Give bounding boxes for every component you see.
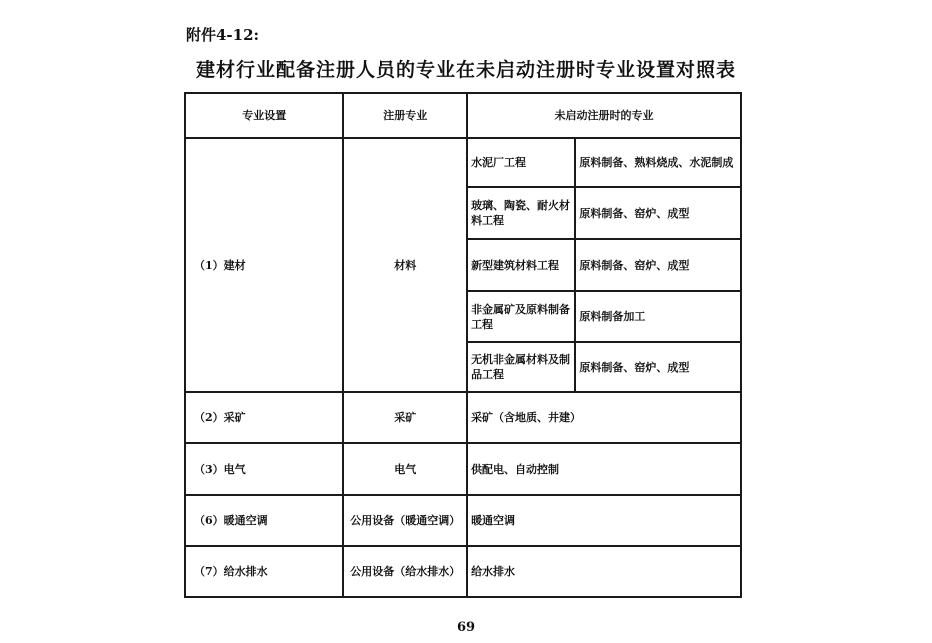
attachment-label: 附件4-12: [186,24,259,45]
document-title: 建材行业配备注册人员的专业在未启动注册时专业设置对照表 [0,55,932,82]
detail-cell: 原料制备、熟料烧成、水泥制成 [575,138,741,187]
setting-cell: （3）电气 [185,443,343,495]
unlaunched-cell: 暖通空调 [467,495,741,546]
detail-cell: 原料制备、窑炉、成型 [575,342,741,392]
registered-cell: 公用设备（暖通空调） [343,495,467,546]
header-cell: 注册专业 [343,93,467,138]
registered-cell: 公用设备（给水排水） [343,546,467,597]
subspecialty-cell: 新型建筑材料工程 [467,239,575,291]
unlaunched-cell: 给水排水 [467,546,741,597]
comparison-table: 专业设置 注册专业 未启动注册时的专业 （1）建材 材料 水泥厂工程 原料制备、… [184,92,742,598]
detail-cell: 原料制备、窑炉、成型 [575,187,741,239]
header-cell: 未启动注册时的专业 [467,93,741,138]
subspecialty-cell: 无机非金属材料及制品工程 [467,342,575,392]
page-number: 69 [0,620,932,635]
subspecialty-cell: 水泥厂工程 [467,138,575,187]
table-header-row: 专业设置 注册专业 未启动注册时的专业 [185,93,741,138]
setting-cell: （2）采矿 [185,392,343,443]
table-row: （3）电气 电气 供配电、自动控制 [185,443,741,495]
setting-cell: （7）给水排水 [185,546,343,597]
setting-cell: （6）暖通空调 [185,495,343,546]
header-cell: 专业设置 [185,93,343,138]
registered-cell: 采矿 [343,392,467,443]
table-row: （2）采矿 采矿 采矿（含地质、井建） [185,392,741,443]
subspecialty-cell: 玻璃、陶瓷、耐火材料工程 [467,187,575,239]
table-row: （6）暖通空调 公用设备（暖通空调） 暖通空调 [185,495,741,546]
registered-cell: 材料 [343,138,467,392]
registered-cell: 电气 [343,443,467,495]
unlaunched-cell: 采矿（含地质、井建） [467,392,741,443]
setting-cell: （1）建材 [185,138,343,392]
detail-cell: 原料制备、窑炉、成型 [575,239,741,291]
table-row: （1）建材 材料 水泥厂工程 原料制备、熟料烧成、水泥制成 [185,138,741,187]
unlaunched-cell: 供配电、自动控制 [467,443,741,495]
table-row: （7）给水排水 公用设备（给水排水） 给水排水 [185,546,741,597]
subspecialty-cell: 非金属矿及原料制备工程 [467,291,575,342]
detail-cell: 原料制备加工 [575,291,741,342]
